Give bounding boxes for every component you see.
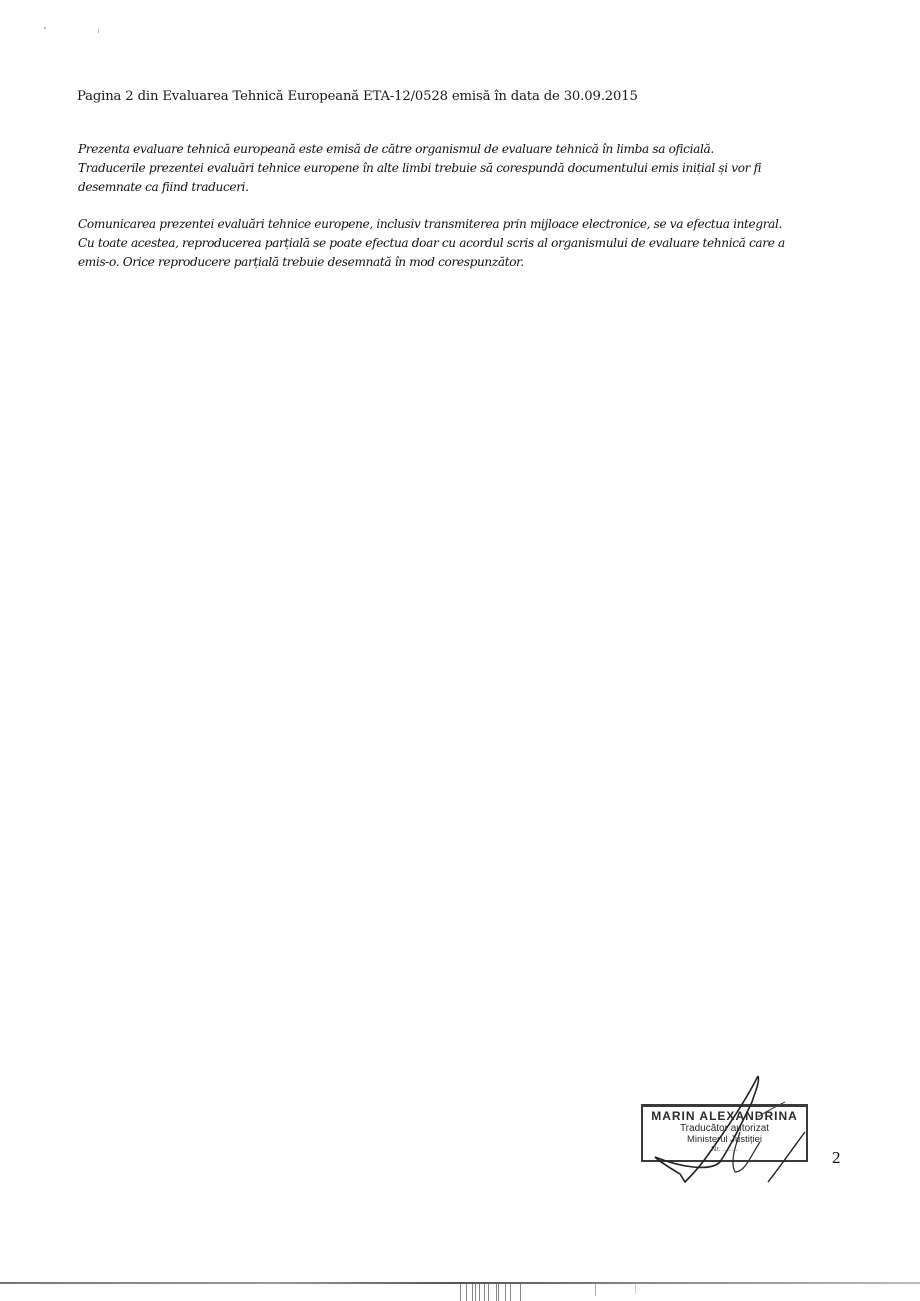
- scan-speck: [44, 27, 46, 29]
- text-line: Traducerile prezentei evaluări tehnice e…: [78, 159, 840, 178]
- scan-barcode-marks: [458, 1284, 538, 1301]
- page-number: 2: [832, 1148, 841, 1168]
- document-page: Pagina 2 din Evaluarea Tehnică Europeană…: [0, 0, 920, 1301]
- signature-icon: [640, 1072, 820, 1187]
- scan-speck: [595, 1284, 596, 1296]
- text-line: emis-o. Orice reproducere parțială trebu…: [78, 253, 840, 272]
- paragraph-reproduction-notice: Comunicarea prezentei evaluări tehnice e…: [78, 215, 840, 272]
- scan-speck: [98, 29, 99, 33]
- text-line: desemnate ca fiind traduceri.: [78, 178, 840, 197]
- text-line: Cu toate acestea, reproducerea parțială …: [78, 234, 840, 253]
- paragraph-translation-notice: Prezenta evaluare tehnică europeană este…: [78, 140, 840, 197]
- text-line: Prezenta evaluare tehnică europeană este…: [78, 140, 840, 159]
- page-header: Pagina 2 din Evaluarea Tehnică Europeană…: [77, 89, 777, 104]
- text-line: Comunicarea prezentei evaluări tehnice e…: [78, 215, 840, 234]
- scan-speck: [635, 1284, 636, 1294]
